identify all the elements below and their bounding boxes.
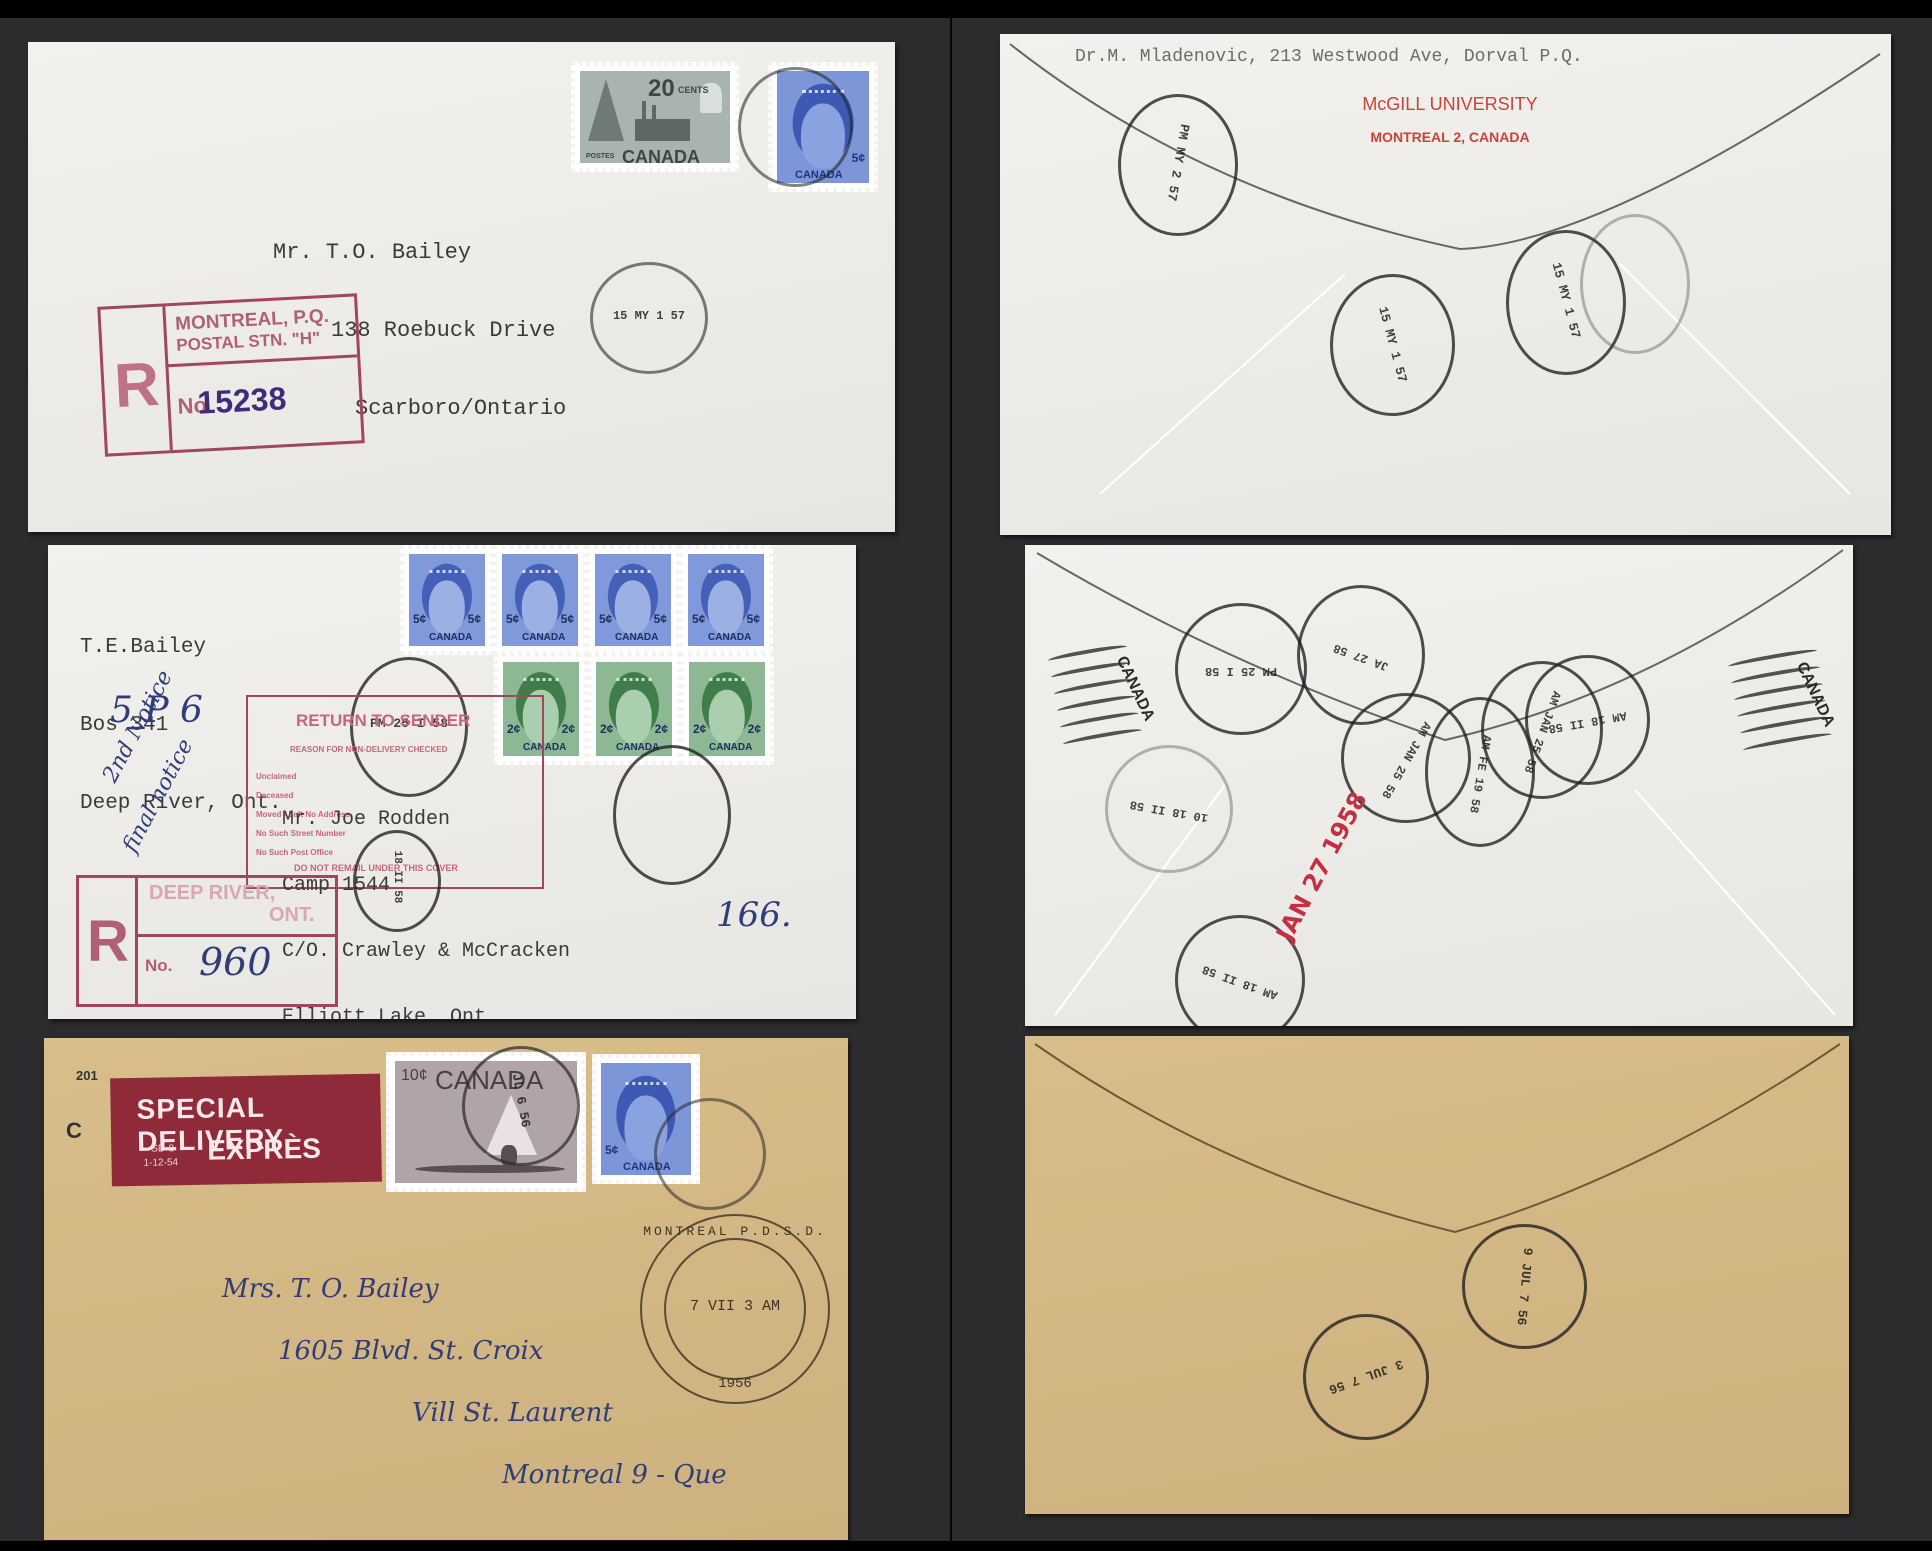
postmark-montreal-canada: 3 JUL 7 56 — [1303, 1314, 1429, 1440]
postmark-montreal-station: 9 JUL 7 56 — [1462, 1224, 1587, 1349]
handwritten-number: 166. — [716, 895, 792, 935]
column-divider — [950, 18, 952, 1551]
cover-1-back: Dr.M. Mladenovic, 213 Westwood Ave, Dorv… — [1000, 34, 1891, 535]
stamp-country: CANADA — [622, 147, 700, 163]
cover-3-front: 201 C SPECIAL DELIVERY EXPRÈS SD-8 1-12-… — [44, 1038, 848, 1540]
envelope-flap-lines — [1025, 1036, 1849, 1514]
stamp-queen-5¢: 5¢ 5¢ CANADA — [493, 545, 587, 655]
sender-address: Dr.M. Mladenovic, 213 Westwood Ave, Dorv… — [1075, 44, 1583, 70]
postmark-deep-river-2 — [654, 1098, 766, 1210]
postmark-montreal-1: 15 MY 1 57 — [1330, 274, 1455, 416]
postmark-montreal-on-stamp — [738, 67, 853, 187]
registration-label: R MONTREAL, P.Q. POSTAL STN. "H" No 1523… — [97, 293, 364, 456]
registration-number: 15238 — [196, 380, 287, 422]
postmark-deep-river-ont-: AM 18 II 58 — [1525, 655, 1650, 785]
postmark-deep-river-2 — [613, 745, 731, 885]
registration-number: 960 — [199, 940, 272, 984]
stamp-queen-5¢: 5¢ 5¢ CANADA — [400, 545, 494, 655]
special-delivery-label: SPECIAL DELIVERY EXPRÈS SD-8 1-12-54 — [110, 1074, 382, 1187]
registration-label: R DEEP RIVER, ONT. No. 960 — [76, 875, 338, 1007]
recipient-address: Mrs. T. O. Bailey 1605 Blvd. St. Croix V… — [222, 1258, 727, 1506]
stamp-denomination: 20 — [648, 75, 675, 103]
letterhead: McGILL UNIVERSITY MONTREAL 2, CANADA — [1310, 94, 1590, 145]
cover-2-back: PM 25 I 58JA 27 58AM JAN 25 58AM FE 19 5… — [1025, 545, 1853, 1026]
cover-1-front: 20 CENTS POSTES CANADA 5¢ CANADA Mr. T.O… — [28, 42, 895, 532]
form-number: 201 — [76, 1068, 98, 1083]
cover-2-front: T.E.Bailey Bos 341 Deep River, Ont. 5¢ 5… — [48, 545, 856, 1019]
bottom-border — [0, 1541, 1932, 1551]
top-border — [0, 0, 1932, 18]
stamp-20c-pulp-paper: 20 CENTS POSTES CANADA — [571, 62, 739, 172]
stamp-block-5c: 5¢ 5¢ CANADA 5¢ 5¢ CANADA 5¢ 5¢ CANADA 5… — [400, 545, 772, 655]
factory-graphic — [635, 119, 690, 141]
postmark-faint — [1580, 214, 1690, 354]
tree-graphic — [588, 79, 624, 141]
stamp-queen-5¢: 5¢ 5¢ CANADA — [679, 545, 773, 655]
printed-letter-fragment: C — [66, 1118, 82, 1144]
kayak-graphic — [415, 1165, 565, 1173]
postmark-deep-river-ont-: PM 25 I 58 — [1175, 603, 1307, 735]
postmark-scarborough: PM MY 2 57 — [1118, 94, 1238, 236]
wavy-cancel-canada: CANADA — [1726, 638, 1834, 763]
cover-3-back: 9 JUL 7 56 3 JUL 7 56 — [1025, 1036, 1849, 1514]
stamp-queen-2¢: 2¢ 2¢ CANADA — [680, 653, 774, 765]
stamp-prefix: POSTES — [586, 153, 614, 160]
stamp-queen-5¢: 5¢ 5¢ CANADA — [586, 545, 680, 655]
postmark-elliot-lake: 18 II 58 — [353, 830, 441, 932]
stamp-unit: CENTS — [678, 85, 709, 95]
postmark-elliot-lake: 10 18 II 58 — [1105, 745, 1233, 873]
postmark-deep-river: JL 6 56 — [462, 1046, 580, 1166]
postmark-montreal-stn-h: 15 MY 1 57 — [590, 262, 708, 374]
